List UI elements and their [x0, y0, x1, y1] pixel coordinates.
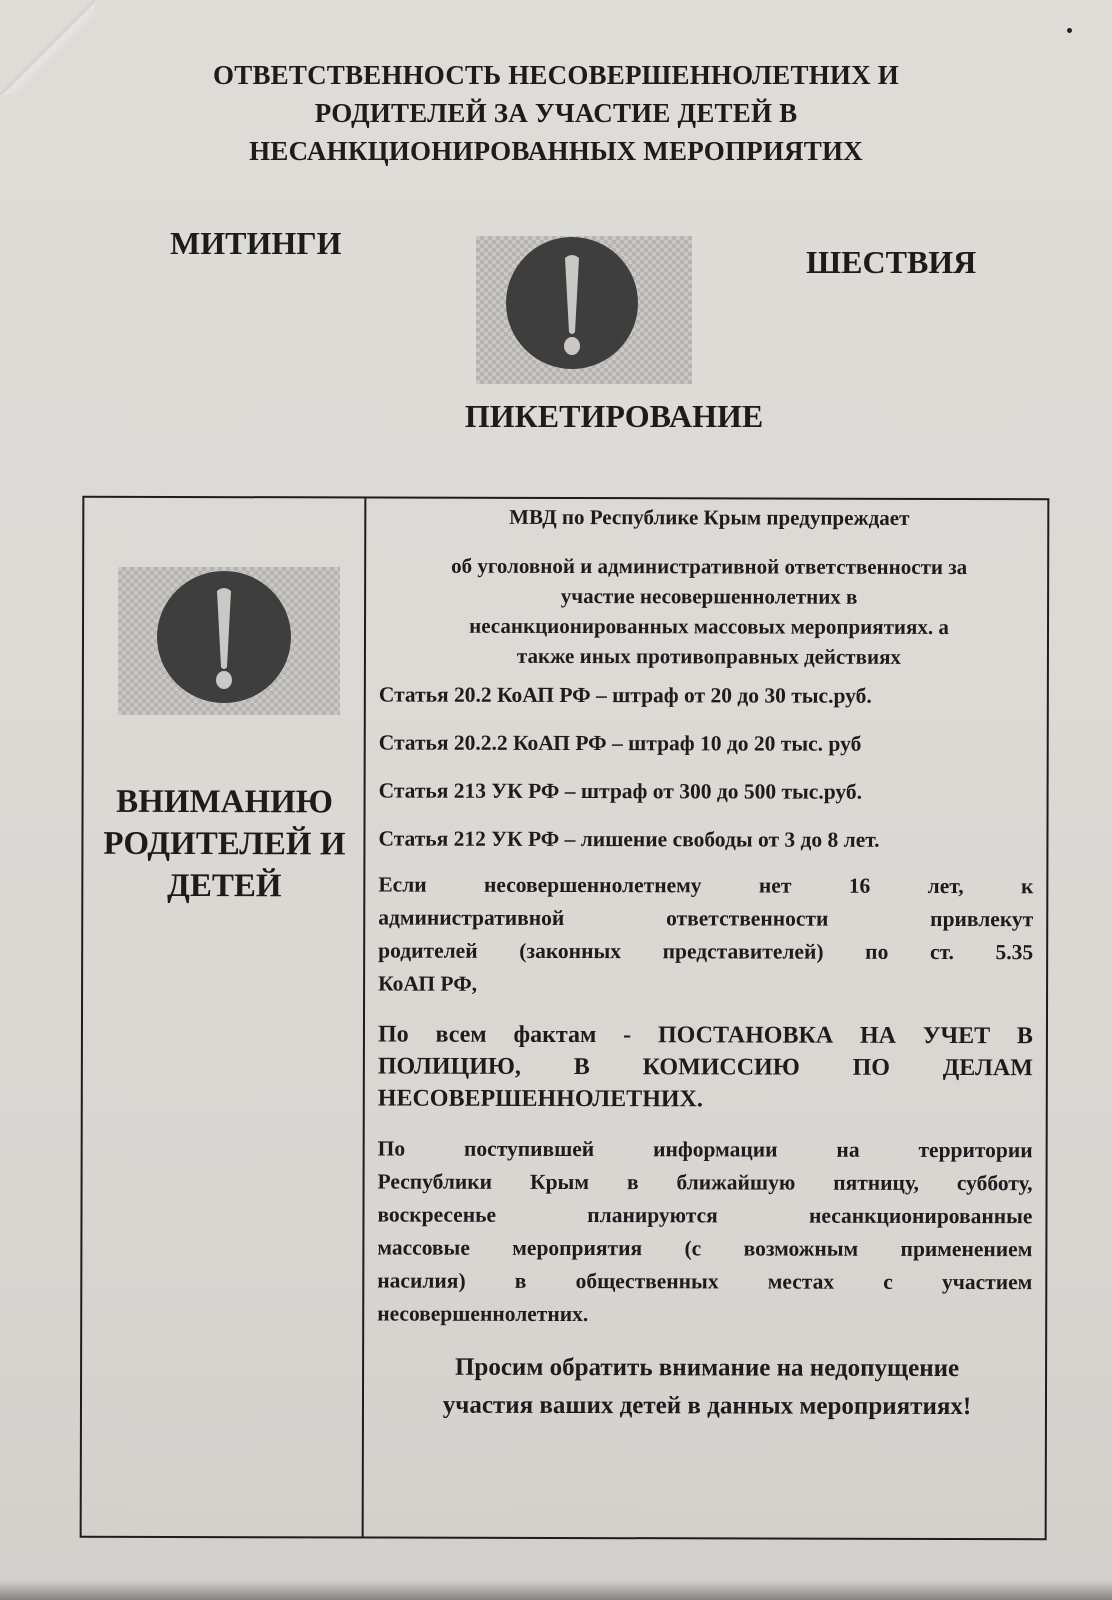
- paragraph-line: родителей (законных представителей) по с…: [378, 935, 1033, 970]
- keyword-marches: ШЕСТВИЯ: [806, 244, 976, 281]
- parents-liability-paragraph: Если несовершеннолетнему нет 16 лет, к а…: [378, 869, 1033, 1003]
- article-item: Статья 212 УК РФ – лишение свободы от 3 …: [378, 827, 879, 853]
- paragraph-line: несовершеннолетних.: [377, 1298, 1032, 1333]
- title-line: ОТВЕТСТВЕННОСТЬ НЕСОВЕРШЕННОЛЕТНИХ И: [150, 56, 962, 94]
- paragraph-line: По всем фактам - ПОСТАНОВКА НА УЧЕТ В: [378, 1019, 1033, 1053]
- ink-speck: [1067, 28, 1072, 33]
- heading-line: РОДИТЕЛЕЙ И: [93, 823, 355, 866]
- paragraph-line: массовые мероприятия (с возможным примен…: [377, 1232, 1032, 1267]
- paragraph-line: Если несовершеннолетнему нет 16 лет, к: [378, 869, 1033, 904]
- paper-fold: [0, 0, 95, 95]
- paragraph-line: насилия) в общественных местах с участие…: [377, 1265, 1032, 1300]
- closing-line: Просим обратить внимание на недопущение: [377, 1349, 1037, 1389]
- article-item: Статья 20.2.2 КоАП РФ – штраф 10 до 20 т…: [379, 731, 862, 757]
- exclamation-warning-icon: [118, 567, 340, 715]
- paragraph-line: По поступившей информации на территории: [378, 1133, 1033, 1168]
- information-paragraph: По поступившей информации на территории …: [377, 1133, 1033, 1333]
- article-item: Статья 20.2 КоАП РФ – штраф от 20 до 30 …: [379, 683, 872, 709]
- warning-text-column: МВД по Республике Крым предупреждает об …: [379, 499, 1039, 501]
- title-line: НЕСАНКЦИОНИРОВАННЫХ МЕРОПРИЯТИХ: [150, 132, 962, 170]
- intro-line: несанкционированных массовых мероприятия…: [379, 611, 1039, 643]
- intro-text: об уголовной и административной ответств…: [379, 551, 1039, 673]
- article-item: Статья 213 УК РФ – штраф от 300 до 500 т…: [379, 779, 862, 805]
- keyword-picketing: ПИКЕТИРОВАНИЕ: [454, 398, 774, 435]
- paragraph-line: КоАП РФ,: [378, 968, 1033, 1003]
- intro-line: об уголовной и административной ответств…: [379, 551, 1039, 583]
- paragraph-line: ПОЛИЦИЮ, В КОМИССИЮ ПО ДЕЛАМ: [378, 1051, 1033, 1085]
- paragraph-line: Республики Крым в ближайшую пятницу, суб…: [378, 1166, 1033, 1201]
- heading-line: ВНИМАНИЮ: [94, 781, 356, 824]
- keyword-rallies: МИТИНГИ: [170, 225, 341, 262]
- document-title: ОТВЕТСТВЕННОСТЬ НЕСОВЕРШЕННОЛЕТНИХ И РОД…: [150, 56, 962, 170]
- closing-appeal: Просим обратить внимание на недопущение …: [377, 1349, 1037, 1427]
- column-divider: [362, 498, 367, 1536]
- paragraph-line: административной ответственности привлек…: [378, 902, 1033, 937]
- intro-line: участие несовершеннолетних в: [379, 581, 1039, 613]
- intro-line: также иных противоправных действиях: [379, 641, 1039, 673]
- title-line: РОДИТЕЛЕЙ ЗА УЧАСТИЕ ДЕТЕЙ В: [150, 94, 962, 132]
- heading-line: ДЕТЕЙ: [93, 865, 355, 908]
- photo-edge-shadow: [0, 1580, 1112, 1600]
- attention-heading: ВНИМАНИЮ РОДИТЕЛЕЙ И ДЕТЕЙ: [93, 781, 355, 908]
- exclamation-warning-icon: [476, 236, 692, 384]
- mvd-header: МВД по Республике Крым предупреждает: [379, 505, 1039, 532]
- paragraph-line: НЕСОВЕРШЕННОЛЕТНИХ.: [378, 1083, 1033, 1117]
- paragraph-line: воскресенье планируются несанкционирован…: [377, 1199, 1032, 1234]
- registration-paragraph: По всем фактам - ПОСТАНОВКА НА УЧЕТ В ПО…: [378, 1019, 1033, 1117]
- closing-line: участия ваших детей в данных мероприятия…: [377, 1387, 1037, 1427]
